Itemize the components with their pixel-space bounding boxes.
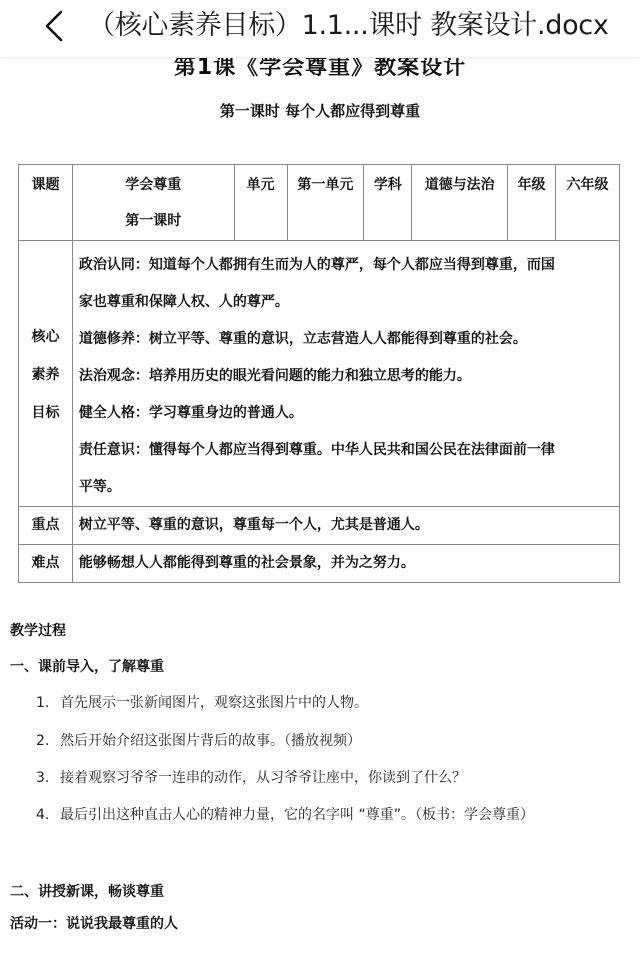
unit-label-cell: 单元 (234, 165, 287, 241)
goal-paragraph: 责任意识：懂得每个人都应当得到尊重。中华人民共和国公民在法律面前一律 (79, 432, 613, 469)
difficulty-label: 难点 (19, 545, 73, 583)
core-goals-content-cell: 政治认同：知道每个人都拥有生而为人的尊严，每个人都应当得到尊重，而国 家也尊重和… (72, 241, 619, 507)
topic-value-line2: 第一课时 (73, 211, 234, 231)
chevron-left-icon (43, 9, 65, 43)
table-row: 难点 能够畅想人人都能得到尊重的社会景象，并为之努力。 (19, 545, 620, 583)
table-row: 核心 素养 目标 政治认同：知道每个人都拥有生而为人的尊严，每个人都应当得到尊重… (19, 241, 620, 507)
topic-value-line1: 学会尊重 (73, 175, 234, 195)
list-item: 3.接着观察习爷爷一连串的动作，从习爷爷让座中，你读到了什么？ (36, 767, 466, 787)
process-heading: 教学过程 (10, 620, 66, 640)
subject-label-cell: 学科 (364, 165, 412, 241)
app-header: （核心素养目标）1.1...课时 教案设计.docx (0, 0, 640, 58)
activity-heading: 活动一：说说我最尊重的人 (10, 913, 178, 933)
list-item: 2.然后开始介绍这张图片背后的故事。（播放视频） (36, 730, 361, 750)
key-point-value: 树立平等、尊重的意识，尊重每一个人，尤其是普通人。 (72, 507, 619, 545)
goal-paragraph: 健全人格：学习尊重身边的普通人。 (79, 395, 613, 432)
back-button[interactable] (36, 6, 72, 46)
list-item: 4.最后引出这种直击人心的精神力量，它的名字叫 “尊重”。（板书：学会尊重） (36, 804, 534, 824)
table-row: 课题 学会尊重 第一课时 单元 第一单元 学科 道德与法治 年级 六年级 (19, 165, 620, 241)
topic-label-cell: 课题 (19, 165, 73, 241)
file-title: （核心素养目标）1.1...课时 教案设计.docx (88, 6, 609, 46)
goal-paragraph: 政治认同：知道每个人都拥有生而为人的尊严，每个人都应当得到尊重，而国 (79, 247, 613, 284)
grade-label-cell: 年级 (508, 165, 556, 241)
core-goals-label-cell: 核心 素养 目标 (19, 241, 73, 507)
table-row: 重点 树立平等、尊重的意识，尊重每一个人，尤其是普通人。 (19, 507, 620, 545)
lesson-info-table: 课题 学会尊重 第一课时 单元 第一单元 学科 道德与法治 年级 六年级 核心 … (18, 164, 620, 583)
goal-paragraph: 平等。 (79, 469, 613, 506)
document-subtitle: 第一课时 每个人都应得到尊重 (0, 100, 640, 121)
difficulty-value: 能够畅想人人都能得到尊重的社会景象，并为之努力。 (72, 545, 619, 583)
topic-value-cell: 学会尊重 第一课时 (72, 165, 234, 241)
goal-paragraph: 道德修养：树立平等、尊重的意识，立志营造人人都能得到尊重的社会。 (79, 321, 613, 358)
document-viewer[interactable]: 第1课《学会尊重》教案设计 第一课时 每个人都应得到尊重 课题 学会尊重 第一课… (0, 0, 640, 969)
section1-heading: 一、课前导入，了解尊重 (10, 656, 164, 676)
unit-value-cell: 第一单元 (287, 165, 364, 241)
goal-paragraph: 法治观念：培养用历史的眼光看问题的能力和独立思考的能力。 (79, 358, 613, 395)
list-item: 1.首先展示一张新闻图片，观察这张图片中的人物。 (36, 692, 368, 712)
key-point-label: 重点 (19, 507, 73, 545)
goal-paragraph: 家也尊重和保障人权、人的尊严。 (79, 284, 613, 321)
subject-value-cell: 道德与法治 (412, 165, 508, 241)
section2-heading: 二、讲授新课，畅谈尊重 (10, 881, 164, 901)
grade-value-cell: 六年级 (556, 165, 620, 241)
